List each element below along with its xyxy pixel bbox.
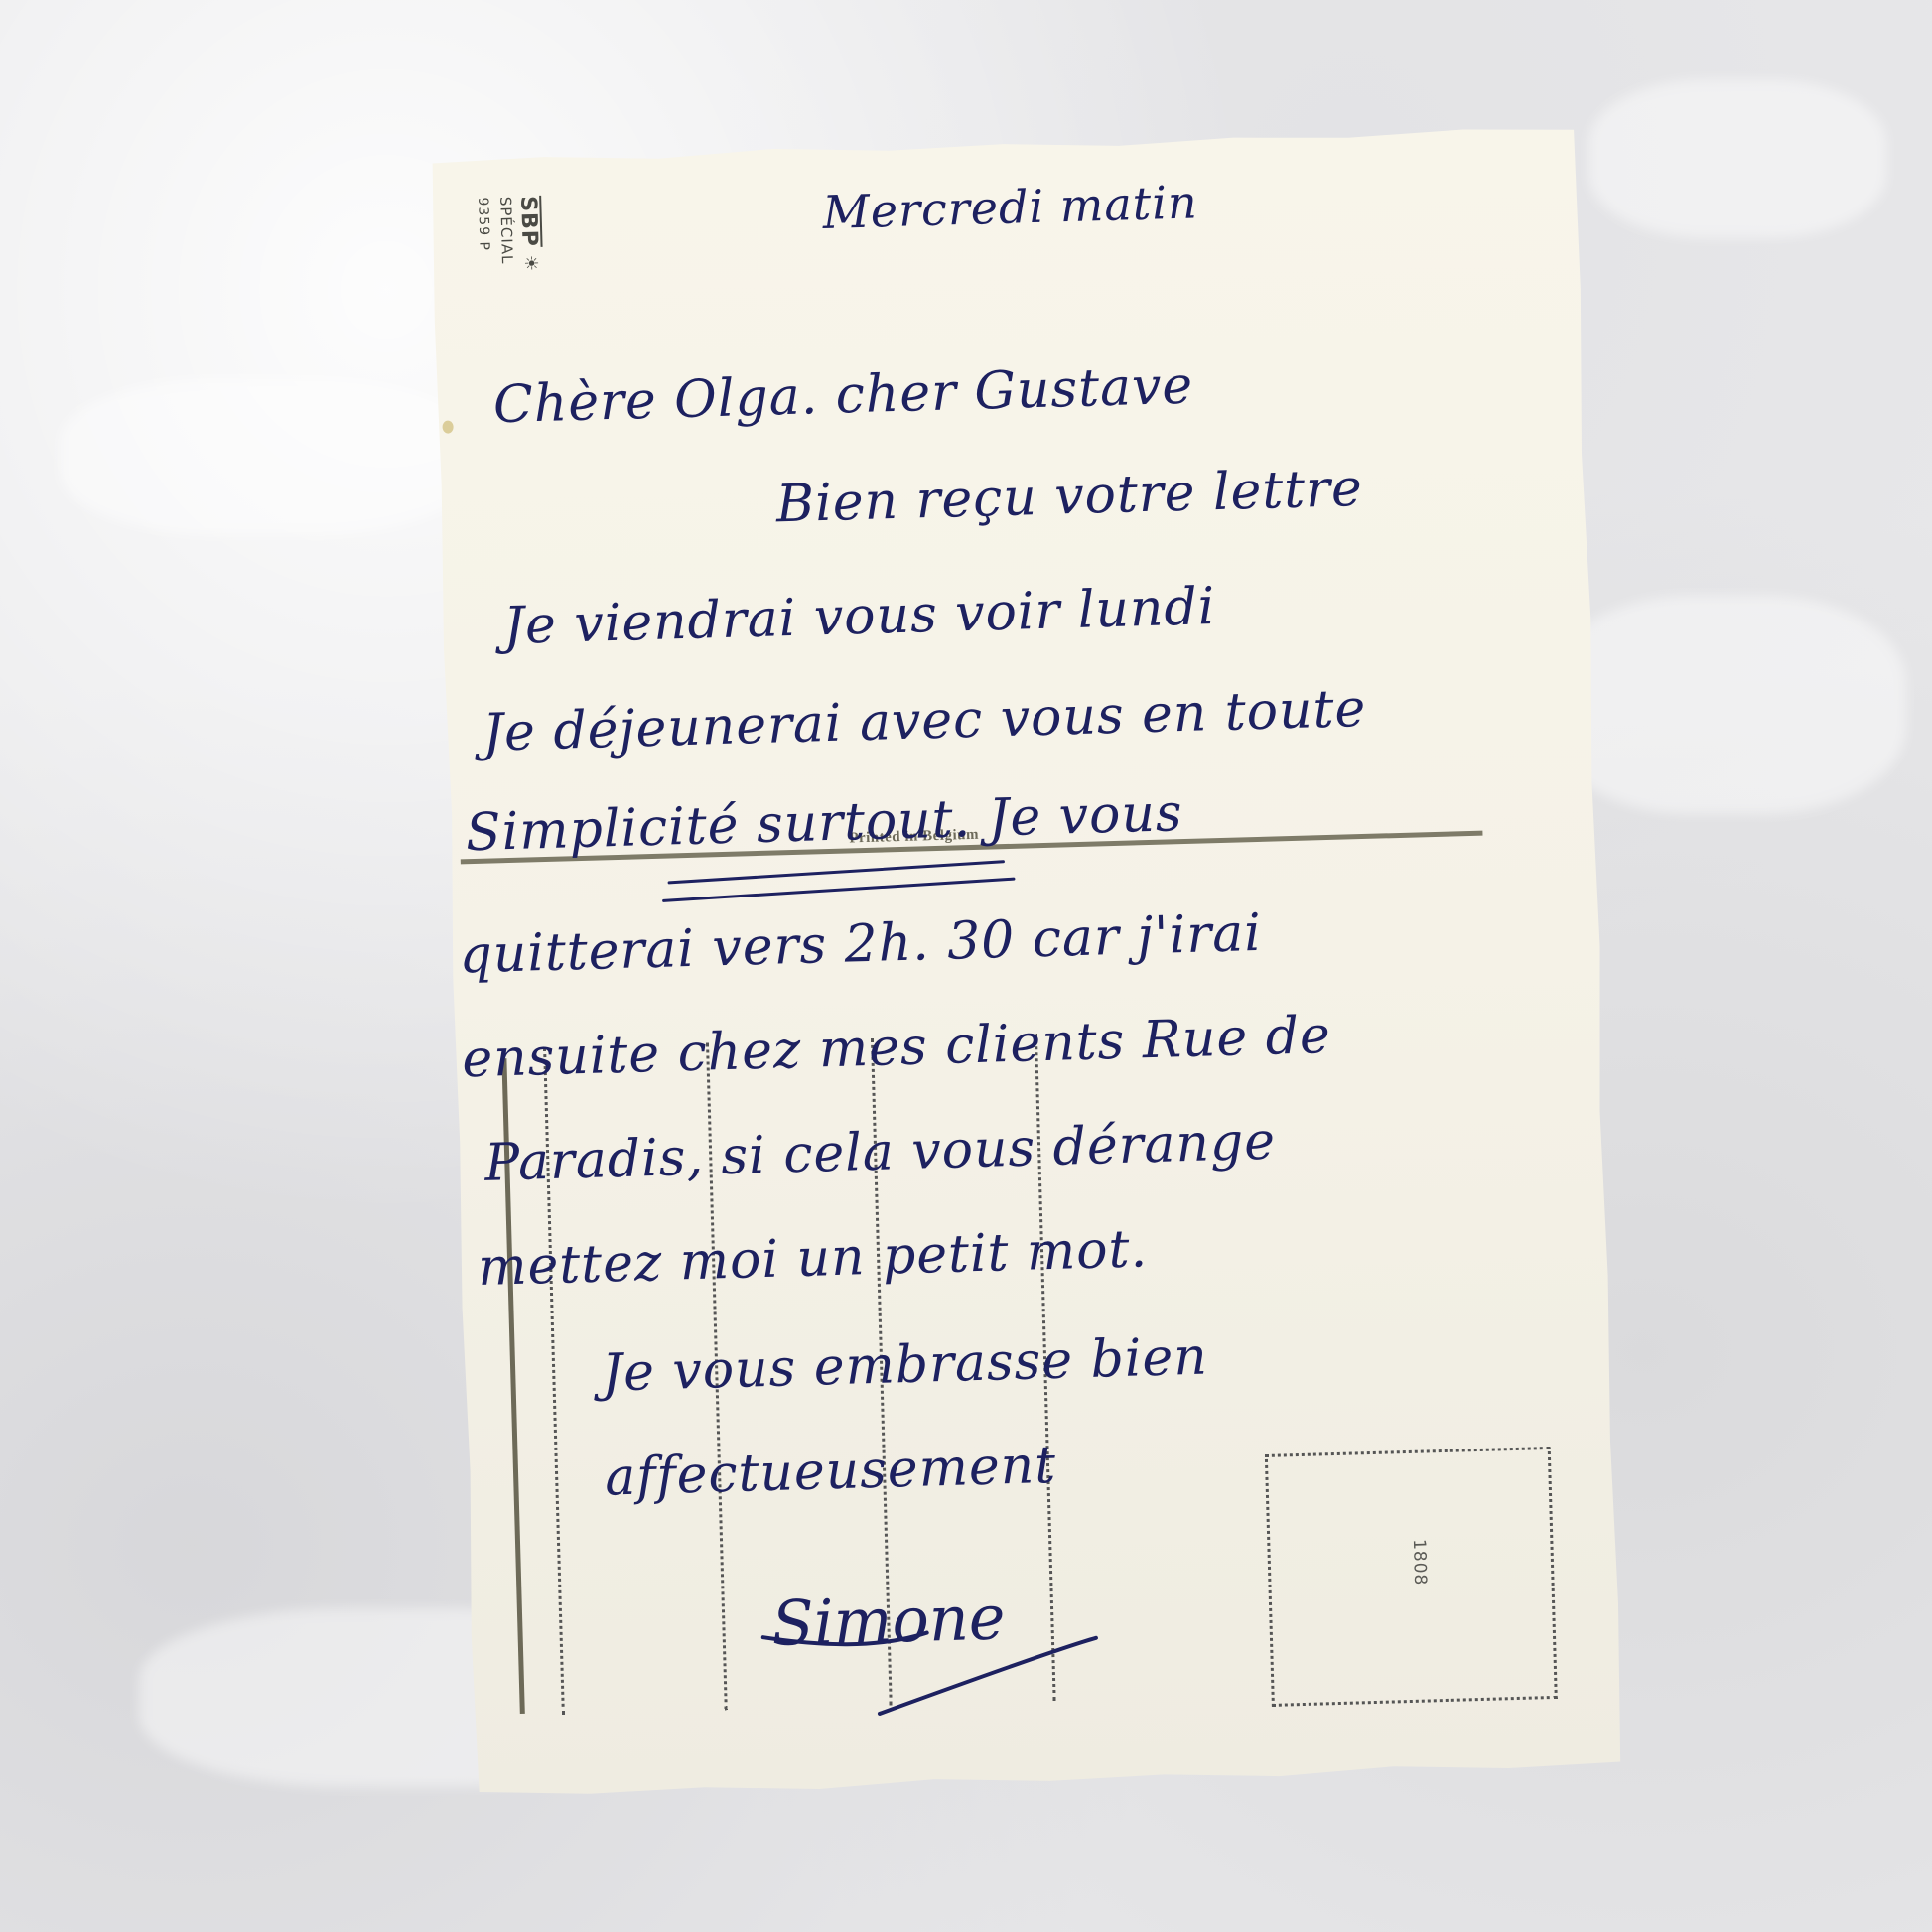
catalog-number: 9359 P [475, 197, 492, 272]
handwritten-header: Mercredi matin [822, 175, 1198, 239]
publisher-logo: SBP [516, 196, 542, 247]
handwritten-line: affectueusement [604, 1436, 1056, 1508]
tissue-fold [1588, 79, 1886, 238]
stamp-box: 1808 [1265, 1447, 1558, 1707]
handwritten-salutation: Chère Olga. cher Gustave [492, 356, 1194, 436]
handwritten-line: Je vous embrasse bien [601, 1327, 1208, 1404]
stamp-box-number: 1808 [1409, 1539, 1430, 1587]
handwritten-line: mettez moi un petit mot. [477, 1219, 1148, 1298]
handwritten-line: Bien reçu votre lettre [775, 459, 1363, 534]
handwritten-line: ensuite chez mes clients Rue de [462, 1006, 1332, 1089]
handwritten-line: Simplicité surtout. Je vous [465, 783, 1183, 863]
postcard: SBP ☀ SPÉCIAL 9359 P Printed in Belgium … [429, 125, 1624, 1801]
sun-emblem-icon: ☀ [521, 255, 539, 272]
tissue-fold [60, 377, 477, 536]
handwritten-line: Paradis, si cela vous dérange [483, 1112, 1276, 1193]
publisher-line: SPÉCIAL [496, 197, 516, 272]
handwritten-line: Je déjeunerai avec vous en toute [482, 679, 1367, 763]
signature-flourish-icon [757, 1568, 1118, 1726]
handwritten-line: quitterai vers 2h. 30 car j'irai [459, 903, 1263, 986]
tissue-fold [1549, 596, 1906, 814]
handwritten-line: Je viendrai vous voir lundi [502, 577, 1216, 656]
foxing-spot [442, 420, 453, 433]
publisher-mark: SBP ☀ SPÉCIAL 9359 P [472, 195, 566, 365]
